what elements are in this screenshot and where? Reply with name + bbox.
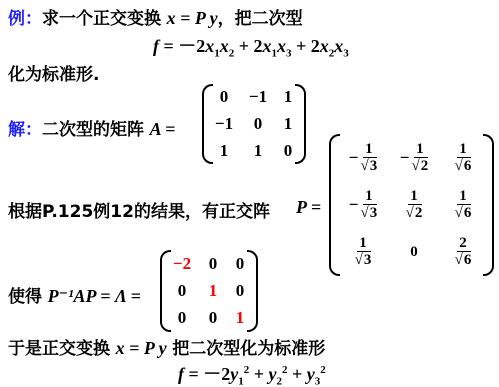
- example-text2: ，把二次型: [218, 9, 303, 29]
- quadratic-form-formula: f = －2x1x2 + 2x1x3 + 2x2x3: [153, 32, 349, 60]
- matrix-lambda: −200 010 001: [160, 250, 258, 332]
- conclusion-text2: 把二次型化为标准形: [172, 339, 325, 359]
- example-label: 例：: [8, 9, 42, 29]
- transform-equation: x = P y: [167, 8, 218, 28]
- standard-form-formula: f = －2y12 + y22 + y32: [178, 360, 326, 387]
- solution-text: 二次型的矩阵: [42, 120, 144, 140]
- example-text3: 化为标准形.: [8, 60, 99, 85]
- diagonal-text: 使得: [8, 287, 42, 307]
- matrix-p-name: P =: [296, 197, 321, 218]
- diagonal-expr: P⁻¹AP = Λ =: [48, 286, 141, 306]
- matrix-a-name: A =: [150, 119, 176, 139]
- orthogonal-text: 根据P.125例12的结果，有正交阵: [8, 197, 270, 222]
- solution-line: 解：二次型的矩阵 A =: [8, 115, 175, 140]
- example-text: 求一个正交变换: [42, 9, 161, 29]
- example-line: 例：求一个正交变换 x = P y，把二次型: [8, 4, 303, 29]
- matrix-p: −1√3 −1√2 1√6 −1√3 1√2 1√6 1√3 0 2√6: [329, 134, 494, 276]
- matrix-a: 0−11 −101 110: [202, 84, 306, 164]
- conclusion-line: 于是正交变换 x = P y 把二次型化为标准形: [8, 334, 325, 359]
- conclusion-transform: x = P y: [116, 338, 167, 358]
- solution-label: 解：: [8, 120, 42, 140]
- conclusion-text: 于是正交变换: [8, 339, 110, 359]
- diagonal-line: 使得 P⁻¹AP = Λ =: [8, 282, 141, 307]
